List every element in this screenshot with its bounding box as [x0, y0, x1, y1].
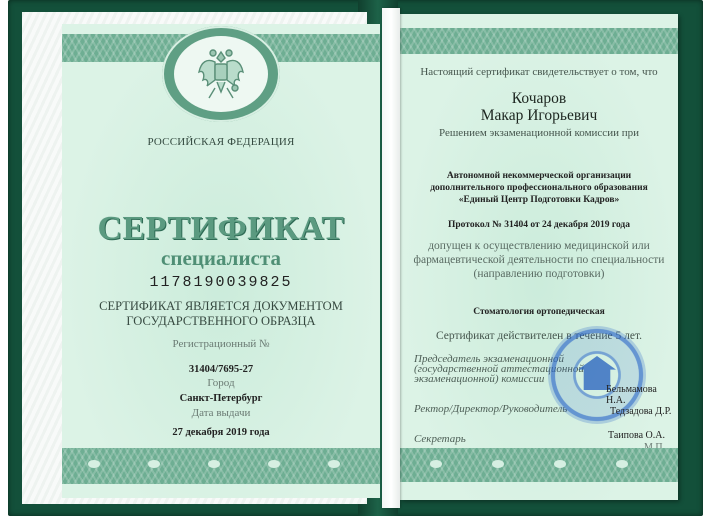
validity-text: Сертификат действителен в течение 5 лет.: [400, 330, 678, 342]
city-label: Город: [62, 377, 380, 389]
org-line-1: Автономной некоммерческой организации: [400, 170, 678, 182]
certificate-right-page: Настоящий сертификат свидетельствует о т…: [400, 14, 678, 500]
issue-date-label: Дата выдачи: [62, 407, 380, 419]
org-line-2: дополнительного профессионального образо…: [400, 182, 678, 194]
secretary-label: Секретарь: [414, 434, 466, 445]
guilloche-bottom-border: [62, 448, 380, 484]
org-line-3: «Единый Центр Подготовки Кадров»: [400, 194, 678, 206]
certificate-subtitle: специалиста: [62, 246, 380, 271]
guilloche-bottom-border: [400, 448, 678, 482]
certificate-title: СЕРТИФИКАТ: [62, 210, 380, 248]
intro-text: Настоящий сертификат свидетельствует о т…: [400, 66, 678, 78]
emblem-frame: [162, 26, 280, 122]
signatory-chair: Бельмамова Н.А.: [606, 384, 678, 406]
country-label: РОССИЙСКАЯ ФЕДЕРАЦИЯ: [62, 136, 380, 148]
chair-label-line-3: экзаменационной) комиссии: [414, 374, 544, 385]
admission-line-3: (направлению подготовки): [400, 268, 678, 281]
city-value: Санкт-Петербург: [62, 393, 380, 404]
decision-text: Решением экзаменационной комиссии при: [400, 127, 678, 139]
admission-line-2: фармацевтической деятельности по специал…: [400, 254, 678, 267]
binding-ribbon: [382, 8, 400, 508]
guilloche-top-border: [400, 28, 678, 54]
issue-date-value: 27 декабря 2019 года: [62, 427, 380, 438]
holder-given-names: Макар Игорьевич: [400, 107, 678, 125]
registration-label: Регистрационный №: [62, 338, 380, 350]
registration-number: 31404/7695-27: [62, 364, 380, 375]
specialty-value: Стоматология ортопедическая: [400, 306, 678, 318]
coat-of-arms-eagle-icon: [195, 44, 247, 104]
certificate-left-page: РОССИЙСКАЯ ФЕДЕРАЦИЯ СЕРТИФИКАТ специали…: [62, 24, 380, 498]
holder-surname: Кочаров: [400, 90, 678, 108]
protocol-text: Протокол № 31404 от 24 декабря 2019 года: [400, 219, 678, 231]
signatory-secretary: Таипова О.А.: [608, 430, 665, 441]
statement-line-1: СЕРТИФИКАТ ЯВЛЯЕТСЯ ДОКУМЕНТОМ: [62, 299, 380, 314]
rector-label: Ректор/Директор/Руководитель: [414, 404, 567, 415]
signatory-rector: Тедзадова Д.Р.: [610, 406, 671, 417]
statement-line-2: ГОСУДАРСТВЕННОГО ОБРАЗЦА: [62, 314, 380, 329]
serial-number: 1178190039825: [62, 274, 380, 291]
admission-line-1: допущен к осуществлению медицинской или: [400, 240, 678, 253]
